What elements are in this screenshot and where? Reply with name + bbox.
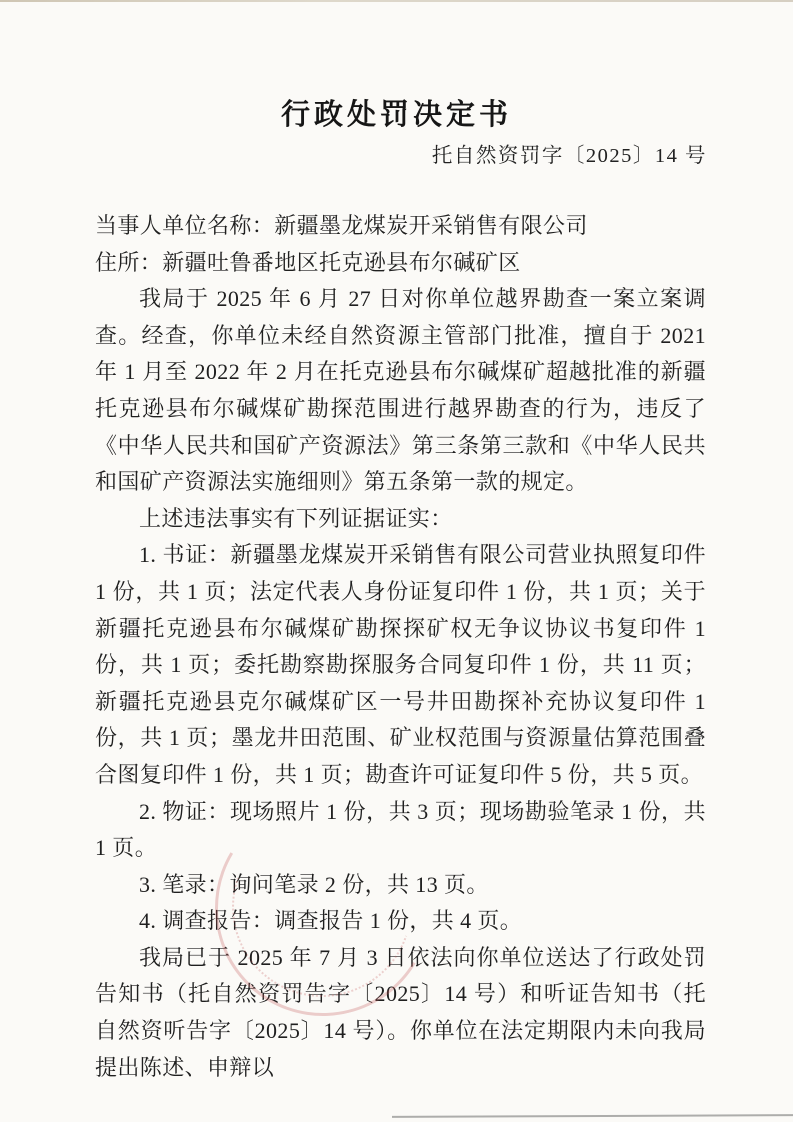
paragraph: 1. 书证：新疆墨龙煤炭开采销售有限公司营业执照复印件 1 份，共 1 页；法定… bbox=[95, 537, 706, 793]
document-number: 托自然资罚字〔2025〕14 号 bbox=[0, 144, 707, 168]
paragraph: 当事人单位名称：新疆墨龙煤炭开采销售有限公司 bbox=[95, 208, 706, 245]
document-title: 行政处罚决定书 bbox=[0, 98, 793, 132]
paragraph: 上述违法事实有下列证据证实： bbox=[95, 501, 706, 538]
paragraph: 住所：新疆吐鲁番地区托克逊县布尔碱矿区 bbox=[95, 245, 706, 282]
paragraph: 我局于 2025 年 6 月 27 日对你单位越界勘查一案立案调查。经查，你单位… bbox=[95, 281, 706, 501]
scan-edge-top bbox=[0, 0, 793, 2]
document-page: 行政处罚决定书 托自然资罚字〔2025〕14 号 当事人单位名称：新疆墨龙煤炭开… bbox=[0, 0, 793, 1122]
scan-edge-bottom bbox=[392, 1114, 793, 1118]
